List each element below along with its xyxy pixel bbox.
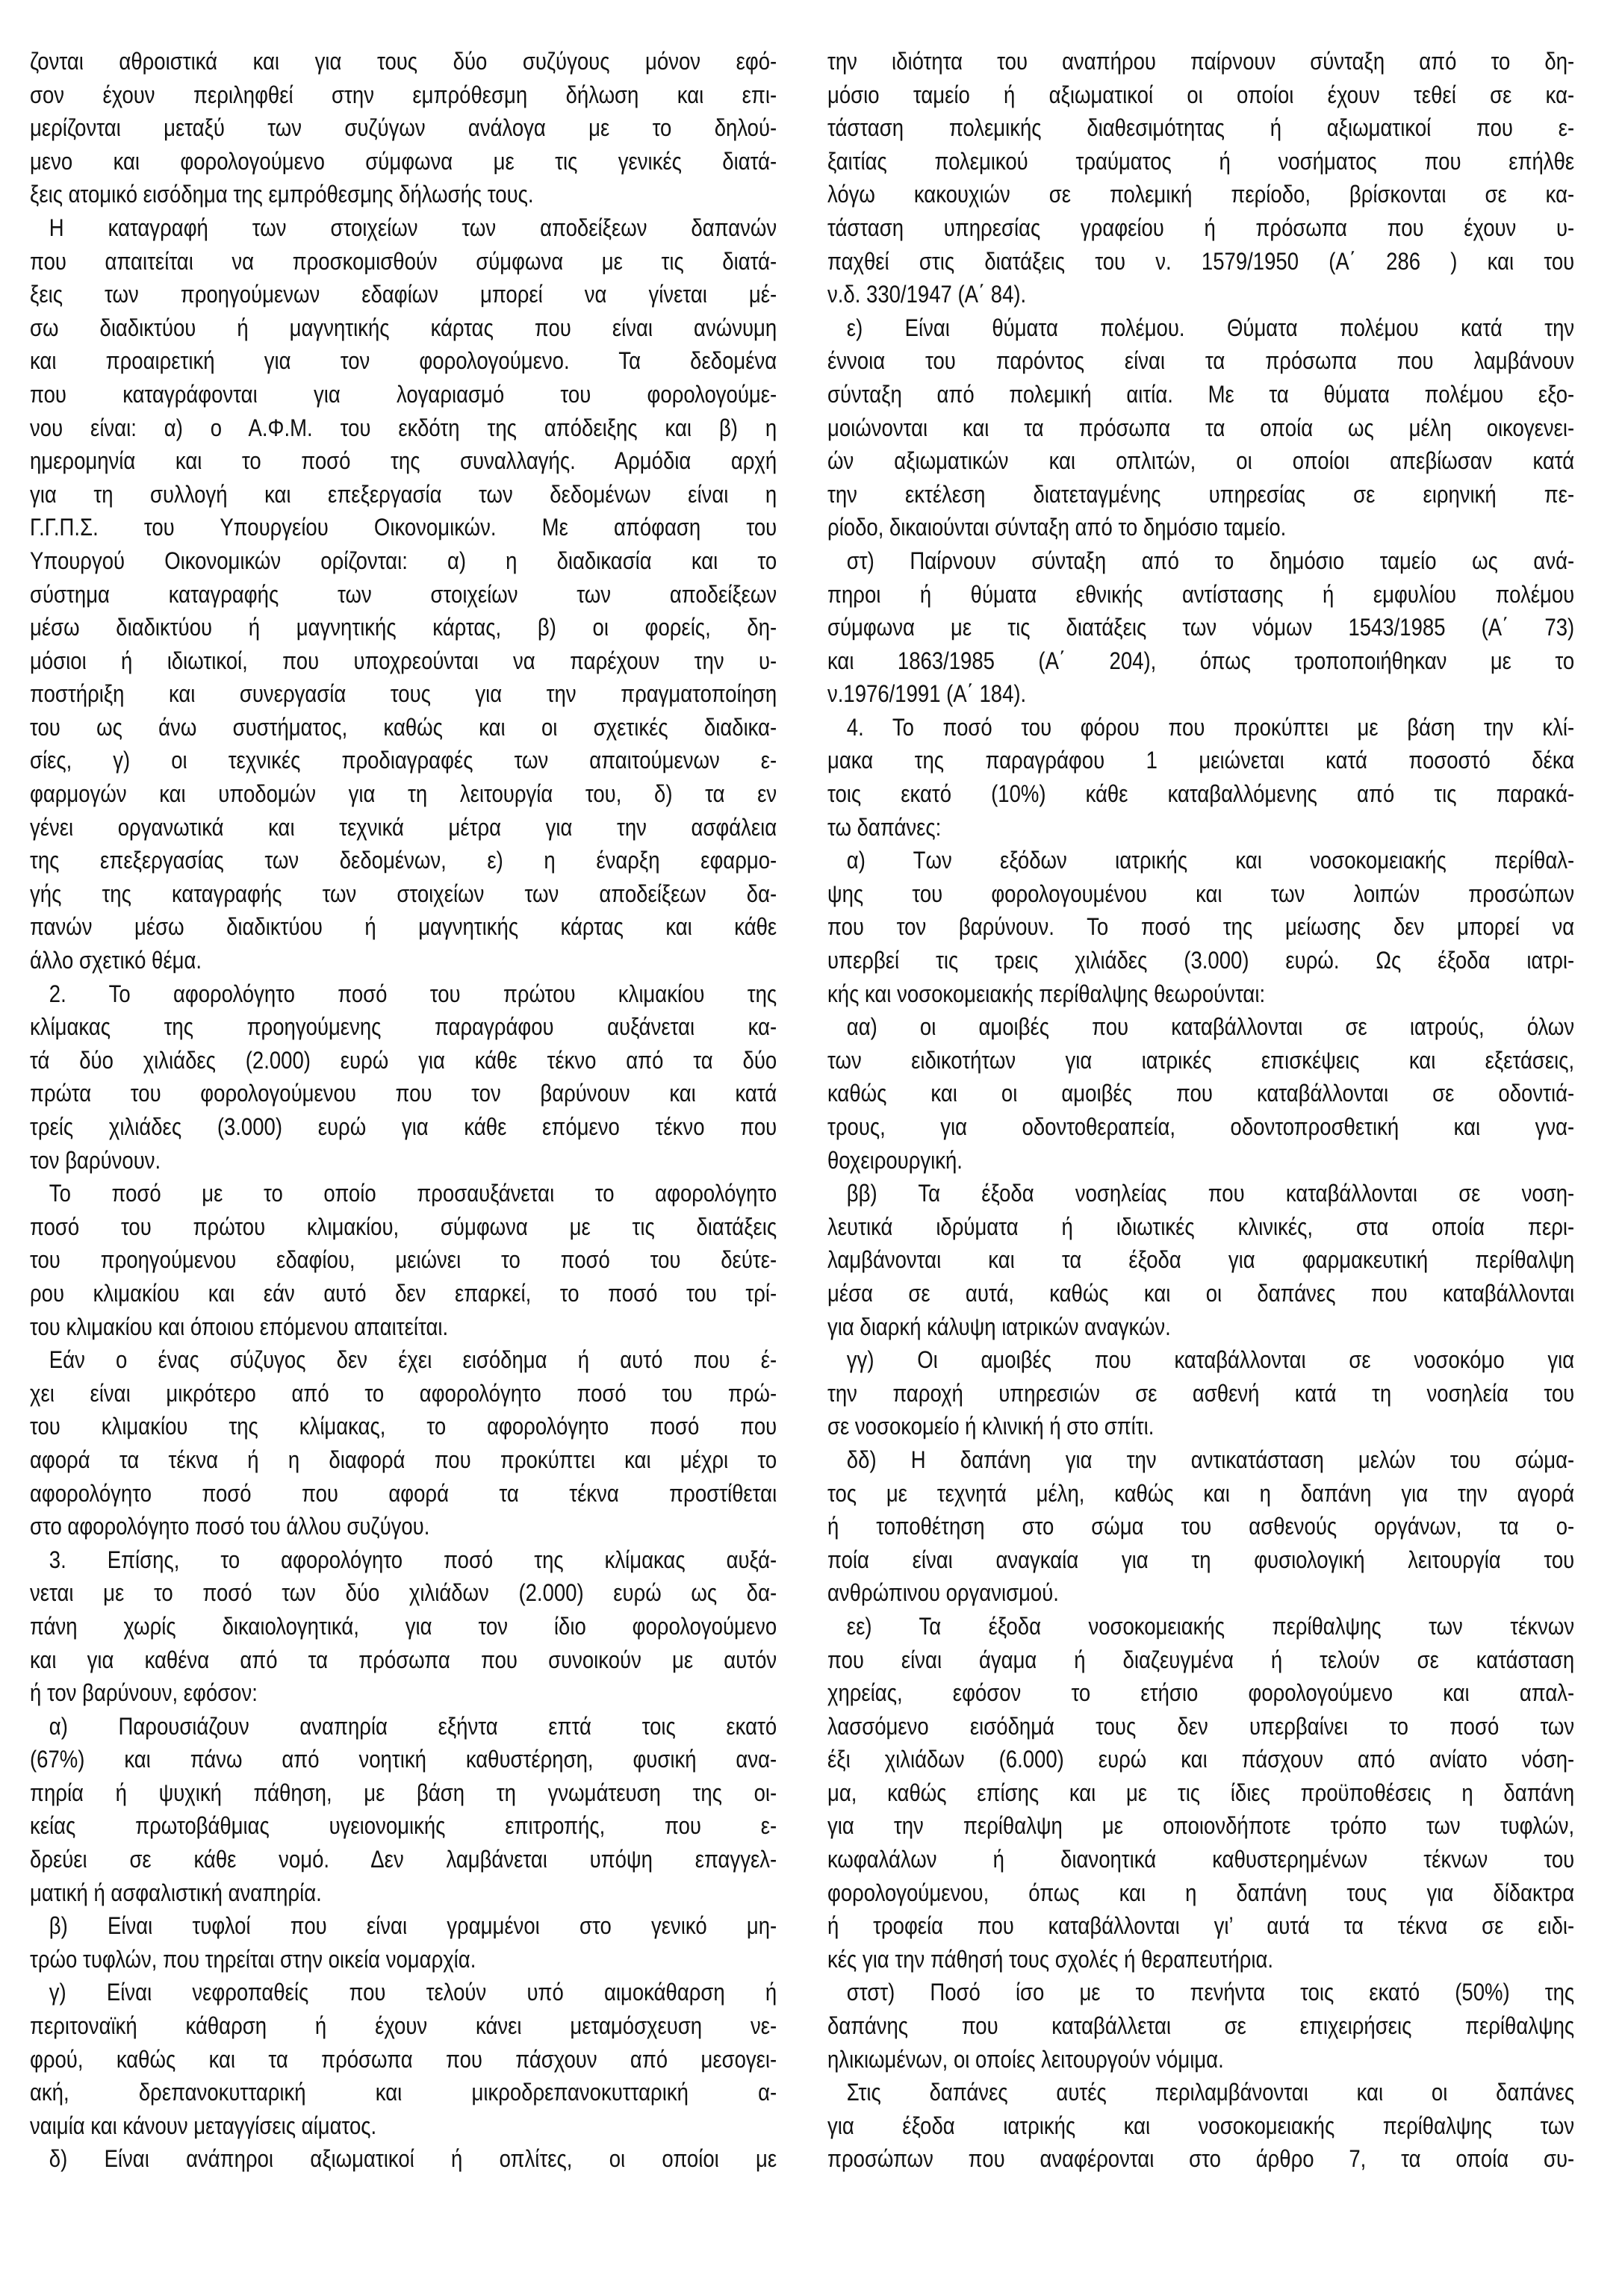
text-line: παχθεί στις διατάξεις του ν. 1579/1950 (… — [827, 245, 1574, 279]
text-line: ών αξιωματικών και οπλιτών, οι οποίοι απ… — [827, 444, 1574, 478]
text-line: σύνταξη από πολεμική αιτία. Με τα θύματα… — [827, 378, 1574, 411]
text-line: ή τοποθέτηση στο σώμα του ασθενούς οργάν… — [827, 1510, 1574, 1543]
text-line: λόγω κακουχιών σε πολεμική περίοδο, βρίσ… — [827, 178, 1574, 211]
text-line: ή τροφεία που καταβάλλονται γι’ αυτά τα … — [827, 1909, 1574, 1943]
text-line: την εκτέλεση διατεταγμένης υπηρεσίας σε … — [827, 478, 1574, 511]
text-line: ποστήριξη και συνεργασία τους για την πρ… — [30, 677, 777, 711]
text-line: ζονται αθροιστικά και για τους δύο συζύγ… — [30, 45, 777, 78]
text-line: τρείς χιλιάδες (3.000) ευρώ για κάθε επό… — [30, 1110, 777, 1144]
text-line: αα) οι αμοιβές που καταβάλλονται σε ιατρ… — [827, 1010, 1574, 1044]
text-line: πάνη χωρίς δικαιολογητικά, για τον ίδιο … — [30, 1610, 777, 1643]
text-line: ββ) Τα έξοδα νοσηλείας που καταβάλλονται… — [827, 1177, 1574, 1210]
text-line: την παροχή υπηρεσιών σε ασθενή κατά τη ν… — [827, 1377, 1574, 1410]
paragraph: Στις δαπάνες αυτές περιλαμβάνονται και ο… — [827, 2076, 1574, 2176]
text-line: τάσταση υπηρεσίας γραφείου ή πρόσωπα που… — [827, 211, 1574, 245]
text-line: Στις δαπάνες αυτές περιλαμβάνονται και ο… — [827, 2076, 1574, 2109]
paragraph: 2. Το αφορολόγητο ποσό του πρώτου κλιμακ… — [30, 977, 777, 1177]
text-line: σω διαδικτύου ή μαγνητικής κάρτας που εί… — [30, 311, 777, 345]
text-line: Εάν ο ένας σύζυγος δεν έχει εισόδημα ή α… — [30, 1343, 777, 1377]
text-line: καθώς και οι αμοιβές που καταβάλλονται σ… — [827, 1077, 1574, 1110]
text-line: προσώπων που αναφέρονται στο άρθρο 7, τα… — [827, 2142, 1574, 2176]
paragraph: 3. Επίσης, το αφορολόγητο ποσό της κλίμα… — [30, 1543, 777, 1710]
text-line: για τη συλλογή και επεξεργασία των δεδομ… — [30, 478, 777, 511]
text-line: ποία είναι αναγκαία για τη φυσιολογική λ… — [827, 1543, 1574, 1577]
text-line: γένει οργανωτικά και τεχνικά μέτρα για τ… — [30, 811, 777, 844]
text-line: (67%) και πάνω από νοητική καθυστέρηση, … — [30, 1743, 777, 1776]
text-line: τον βαρύνουν. — [30, 1144, 777, 1177]
text-line: ξεις ατομικό εισόδημα της εμπρόθεσμης δή… — [30, 178, 777, 211]
text-line: β) Είναι τυφλοί που είναι γραμμένοι στο … — [30, 1909, 777, 1943]
text-line: μόσιοι ή ιδιωτικοί, που υποχρεούνται να … — [30, 644, 777, 678]
text-line: εε) Τα έξοδα νοσοκομειακής περίθαλψης τω… — [827, 1610, 1574, 1643]
text-line: μα, καθώς επίσης και με τις ίδιες προϋπο… — [827, 1776, 1574, 1810]
text-line: ν.1976/1991 (Α΄ 184). — [827, 677, 1574, 711]
text-line: 3. Επίσης, το αφορολόγητο ποσό της κλίμα… — [30, 1543, 777, 1577]
text-line: υπερβεί τις τρεις χιλιάδες (3.000) ευρώ.… — [827, 944, 1574, 977]
paragraph: ββ) Τα έξοδα νοσηλείας που καταβάλλονται… — [827, 1177, 1574, 1343]
text-line: μενο και φορολογούμενο σύμφωνα με τις γε… — [30, 145, 777, 178]
text-line: για διαρκή κάλυψη ιατρικών αναγκών. — [827, 1310, 1574, 1344]
text-line: α) Των εξόδων ιατρικής και νοσοκομειακής… — [827, 844, 1574, 877]
text-line: του ως άνω συστήματος, καθώς και οι σχετ… — [30, 711, 777, 744]
text-line: περιτοναϊκή κάθαρση ή έχουν κάνει μεταμό… — [30, 2009, 777, 2043]
text-line: ακή, δρεπανοκυτταρική και μικροδρεπανοκυ… — [30, 2076, 777, 2109]
text-line: που είναι άγαμα ή διαζευγμένα ή τελούν σ… — [827, 1643, 1574, 1677]
text-line: νεται με το ποσό των δύο χιλιάδων (2.000… — [30, 1576, 777, 1610]
text-line: δδ) Η δαπάνη για την αντικατάσταση μελών… — [827, 1443, 1574, 1477]
text-line: πρώτα του φορολογούμενου που τον βαρύνου… — [30, 1077, 777, 1110]
text-line: ηλικιωμένων, οι οποίες λειτουργούν νόμιμ… — [827, 2043, 1574, 2076]
text-line: που απαιτείται να προσκομισθούν σύμφωνα … — [30, 245, 777, 279]
document-page: ζονται αθροιστικά και για τους δύο συζύγ… — [0, 0, 1622, 2296]
text-line: σύστημα καταγραφής των στοιχείων των απο… — [30, 578, 777, 612]
right-column: την ιδιότητα του αναπήρου παίρνουν σύντα… — [827, 45, 1574, 2176]
text-line: ή τον βαρύνουν, εφόσον: — [30, 1676, 777, 1710]
text-line: γγ) Οι αμοιβές που καταβάλλονται σε νοσο… — [827, 1343, 1574, 1377]
text-line: μέσα σε αυτά, καθώς και οι δαπάνες που κ… — [827, 1277, 1574, 1310]
text-line: στο αφορολόγητο ποσό του άλλου συζύγου. — [30, 1510, 777, 1543]
text-line: κής και νοσοκομειακής περίθαλψης θεωρούν… — [827, 977, 1574, 1011]
text-line: αφορά τα τέκνα ή η διαφορά που προκύπτει… — [30, 1443, 777, 1477]
paragraph: Το ποσό με το οποίο προσαυξάνεται το αφο… — [30, 1177, 777, 1343]
text-line: του κλιμακίου της κλίμακας, το αφορολόγη… — [30, 1410, 777, 1443]
text-line: α) Παρουσιάζουν αναπηρία εξήντα επτά τοι… — [30, 1710, 777, 1743]
paragraph: στστ) Ποσό ίσο με το πενήντα τοις εκατό … — [827, 1976, 1574, 2076]
text-line: της επεξεργασίας των δεδομένων, ε) η ένα… — [30, 844, 777, 877]
text-line: μόσιο ταμείο ή αξιωματικοί οι οποίοι έχο… — [827, 78, 1574, 112]
text-line: 2. Το αφορολόγητο ποσό του πρώτου κλιμακ… — [30, 977, 777, 1011]
paragraph: α) Παρουσιάζουν αναπηρία εξήντα επτά τοι… — [30, 1710, 777, 1910]
text-line: ψης του φορολογουμένου και των λοιπών πρ… — [827, 877, 1574, 911]
text-line: τρους, για οδοντοθεραπεία, οδοντοπροσθετ… — [827, 1110, 1574, 1144]
text-line: τω δαπάνες: — [827, 811, 1574, 844]
paragraph: δδ) Η δαπάνη για την αντικατάσταση μελών… — [827, 1443, 1574, 1610]
text-line: ημερομηνία και το ποσό της συναλλαγής. Α… — [30, 444, 777, 478]
text-line: άλλο σχετικό θέμα. — [30, 944, 777, 977]
text-line: δ) Είναι ανάπηροι αξιωματικοί ή οπλίτες,… — [30, 2142, 777, 2176]
text-line: τος με τεχνητά μέλη, καθώς και η δαπάνη … — [827, 1477, 1574, 1511]
text-line: και προαιρετική για τον φορολογούμενο. Τ… — [30, 344, 777, 378]
paragraph: 4. Το ποσό του φόρου που προκύπτει με βά… — [827, 711, 1574, 844]
text-line: ανθρώπινου οργανισμού. — [827, 1576, 1574, 1610]
paragraph: ε) Είναι θύματα πολέμου. Θύματα πολέμου … — [827, 311, 1574, 544]
text-line: 4. Το ποσό του φόρου που προκύπτει με βά… — [827, 711, 1574, 744]
text-line: φρού, καθώς και τα πρόσωπα που πάσχουν α… — [30, 2043, 777, 2076]
text-line: του προηγούμενου εδαφίου, μειώνει το ποσ… — [30, 1243, 777, 1277]
text-line: νου είναι: α) ο Α.Φ.Μ. του εκδότη της απ… — [30, 411, 777, 445]
paragraph: την ιδιότητα του αναπήρου παίρνουν σύντα… — [827, 45, 1574, 311]
text-line: τάσταση πολεμικής διαθεσιμότητας ή αξιωμ… — [827, 111, 1574, 145]
text-line: χει είναι μικρότερο από το αφορολόγητο π… — [30, 1377, 777, 1410]
text-line: που τον βαρύνουν. Το ποσό της μείωσης δε… — [827, 910, 1574, 944]
paragraph: ζονται αθροιστικά και για τους δύο συζύγ… — [30, 45, 777, 211]
left-column: ζονται αθροιστικά και για τους δύο συζύγ… — [30, 45, 777, 2176]
text-line: ναιμία και κάνουν μεταγγίσεις αίματος. — [30, 2109, 777, 2143]
paragraph: αα) οι αμοιβές που καταβάλλονται σε ιατρ… — [827, 1010, 1574, 1177]
paragraph: α) Των εξόδων ιατρικής και νοσοκομειακής… — [827, 844, 1574, 1010]
text-line: για την περίθαλψη με οποιονδήποτε τρόπο … — [827, 1809, 1574, 1843]
text-line: έννοια του παρόντος είναι τα πρόσωπα που… — [827, 344, 1574, 378]
paragraph: Εάν ο ένας σύζυγος δεν έχει εισόδημα ή α… — [30, 1343, 777, 1543]
text-line: φορολογούμενου, όπως και η δαπάνη τους γ… — [827, 1876, 1574, 1910]
text-line: και 1863/1985 (Α΄ 204), όπως τροποποιήθη… — [827, 644, 1574, 678]
text-line: ξαιτίας πολεμικού τραύματος ή νοσήματος … — [827, 145, 1574, 178]
text-line: λασσόμενο εισόδημά τους δεν υπερβαίνει τ… — [827, 1710, 1574, 1743]
text-line: ματική ή ασφαλιστική αναπηρία. — [30, 1876, 777, 1910]
text-line: ποσό του πρώτου κλιμακίου, σύμφωνα με τι… — [30, 1210, 777, 1244]
text-line: δρεύει σε κάθε νομό. Δεν λαμβάνεται υπόψ… — [30, 1843, 777, 1876]
text-line: ν.δ. 330/1947 (Α΄ 84). — [827, 278, 1574, 311]
paragraph: γγ) Οι αμοιβές που καταβάλλονται σε νοσο… — [827, 1343, 1574, 1443]
text-line: λευτικά ιδρύματα ή ιδιωτικές κλινικές, σ… — [827, 1210, 1574, 1244]
text-line: γ) Είναι νεφροπαθείς που τελούν υπό αιμο… — [30, 1976, 777, 2009]
paragraph: γ) Είναι νεφροπαθείς που τελούν υπό αιμο… — [30, 1976, 777, 2142]
text-line: δαπάνης που καταβάλλεται σε επιχειρήσεις… — [827, 2009, 1574, 2043]
text-line: και για καθένα από τα πρόσωπα που συνοικ… — [30, 1643, 777, 1677]
text-line: χηρείας, εφόσον το ετήσιο φορολογούμενο … — [827, 1676, 1574, 1710]
text-line: που καταγράφονται για λογαριασμό του φορ… — [30, 378, 777, 411]
text-line: λαμβάνονται και τα έξοδα για φαρμακευτικ… — [827, 1243, 1574, 1277]
text-line: στστ) Ποσό ίσο με το πενήντα τοις εκατό … — [827, 1976, 1574, 2009]
text-line: κλίμακας της προηγούμενης παραγράφου αυξ… — [30, 1010, 777, 1044]
paragraph: δ) Είναι ανάπηροι αξιωματικοί ή οπλίτες,… — [30, 2142, 777, 2176]
text-line: σύμφωνα με τις διατάξεις των νόμων 1543/… — [827, 611, 1574, 644]
text-line: τοις εκατό (10%) κάθε καταβαλλόμενης από… — [827, 777, 1574, 811]
text-line: Γ.Γ.Π.Σ. του Υπουργείου Οικονομικών. Με … — [30, 511, 777, 544]
text-line: του κλιμακίου και όποιου επόμενου απαιτε… — [30, 1310, 777, 1344]
text-line: ξεις των προηγούμενων εδαφίων μπορεί να … — [30, 278, 777, 311]
paragraph: β) Είναι τυφλοί που είναι γραμμένοι στο … — [30, 1909, 777, 1976]
text-line: σον έχουν περιληφθεί στην εμπρόθεσμη δήλ… — [30, 78, 777, 112]
text-line: πηρία ή ψυχική πάθηση, με βάση τη γνωμάτ… — [30, 1776, 777, 1810]
text-line: μακα της παραγράφου 1 μειώνεται κατά ποσ… — [827, 744, 1574, 777]
text-line: Υπουργού Οικονομικών ορίζονται: α) η δια… — [30, 544, 777, 578]
text-line: Το ποσό με το οποίο προσαυξάνεται το αφο… — [30, 1177, 777, 1210]
text-line: γής της καταγραφής των στοιχείων των απο… — [30, 877, 777, 911]
text-line: στ) Παίρνουν σύνταξη από το δημόσιο ταμε… — [827, 544, 1574, 578]
text-line: τά δύο χιλιάδες (2.000) ευρώ για κάθε τέ… — [30, 1044, 777, 1077]
text-line: μοιώνονται και τα πρόσωπα τα οποία ως μέ… — [827, 411, 1574, 445]
text-line: κές για την πάθησή τους σχολές ή θεραπευ… — [827, 1943, 1574, 1976]
paragraph: εε) Τα έξοδα νοσοκομειακής περίθαλψης τω… — [827, 1610, 1574, 1976]
text-line: την ιδιότητα του αναπήρου παίρνουν σύντα… — [827, 45, 1574, 78]
text-line: σίες, γ) οι τεχνικές προδιαγραφές των απ… — [30, 744, 777, 777]
paragraph: στ) Παίρνουν σύνταξη από το δημόσιο ταμε… — [827, 544, 1574, 711]
text-line: πηροι ή θύματα εθνικής αντίστασης ή εμφυ… — [827, 578, 1574, 612]
text-line: για έξοδα ιατρικής και νοσοκομειακής περ… — [827, 2109, 1574, 2143]
text-line: τρώο τυφλών, που τηρείται στην οικεία νο… — [30, 1943, 777, 1976]
text-line: φαρμογών και υποδομών για τη λειτουργία … — [30, 777, 777, 811]
text-line: κείας πρωτοβάθμιας υγειονομικής επιτροπή… — [30, 1809, 777, 1843]
text-line: ρου κλιμακίου και εάν αυτό δεν επαρκεί, … — [30, 1277, 777, 1310]
text-line: ρίοδο, δικαιούνται σύνταξη από το δημόσι… — [827, 511, 1574, 544]
text-line: Η καταγραφή των στοιχείων των αποδείξεων… — [30, 211, 777, 245]
text-line: μερίζονται μεταξύ των συζύγων ανάλογα με… — [30, 111, 777, 145]
paragraph: Η καταγραφή των στοιχείων των αποδείξεων… — [30, 211, 777, 977]
text-line: σε νοσοκομείο ή κλινική ή στο σπίτι. — [827, 1410, 1574, 1443]
text-line: μέσω διαδικτύου ή μαγνητικής κάρτας, β) … — [30, 611, 777, 644]
text-line: κωφαλάλων ή διανοητικά καθυστερημένων τέ… — [827, 1843, 1574, 1876]
text-line: ε) Είναι θύματα πολέμου. Θύματα πολέμου … — [827, 311, 1574, 345]
text-line: πανών μέσω διαδικτύου ή μαγνητικής κάρτα… — [30, 910, 777, 944]
text-line: έξι χιλιάδων (6.000) ευρώ και πάσχουν απ… — [827, 1743, 1574, 1776]
text-line: θοχειρουργική. — [827, 1144, 1574, 1177]
text-line: αφορολόγητο ποσό που αφορά τα τέκνα προσ… — [30, 1477, 777, 1511]
text-line: των ειδικοτήτων για ιατρικές επισκέψεις … — [827, 1044, 1574, 1077]
